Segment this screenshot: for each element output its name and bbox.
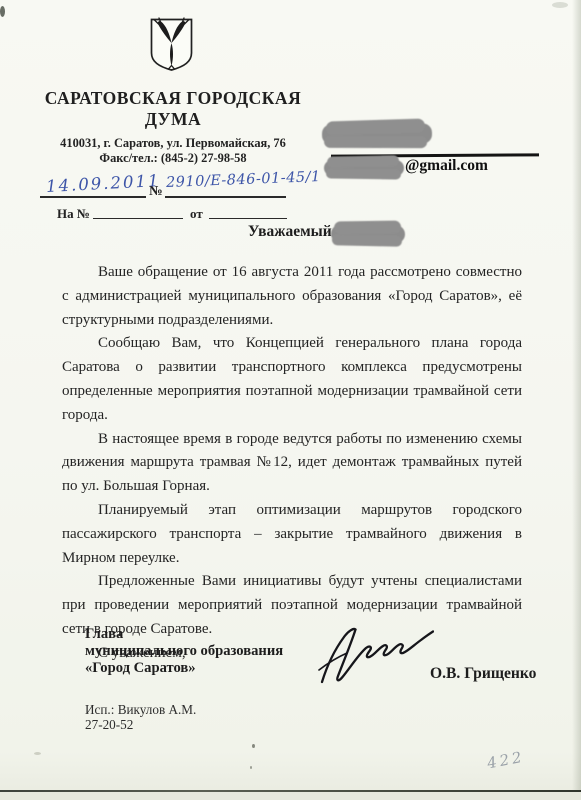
scan-speck [552, 2, 568, 8]
paragraph-4: Планируемый этап оптимизации маршрутов г… [62, 499, 522, 570]
signer-position-line3: «Город Саратов» [85, 660, 283, 677]
handwritten-signature [314, 618, 434, 690]
signer-position: Глава муниципального образования «Город … [85, 626, 283, 678]
scanned-letter-page: САРАТОВСКАЯ ГОРОДСКАЯ ДУМА 410031, г. Са… [0, 0, 581, 800]
scan-speck [0, 6, 5, 17]
reply-from-label: от [190, 206, 203, 222]
org-name: САРАТОВСКАЯ ГОРОДСКАЯ ДУМА [30, 88, 316, 130]
reply-from-underline [209, 218, 287, 219]
paragraph-2: Сообщаю Вам, что Концепцией генерального… [62, 332, 522, 427]
executor-block: Исп.: Викулов А.М. 27-20-52 [85, 702, 196, 732]
handwritten-number: 2910/Е-846-01-45/1 [166, 169, 321, 191]
signer-name: О.В. Грищенко [430, 665, 536, 683]
reply-no-underline [93, 218, 183, 219]
saratov-coat-of-arms-icon [148, 16, 195, 74]
executor-phone: 27-20-52 [85, 717, 196, 732]
signer-position-line1: Глава [85, 626, 283, 643]
redacted-email-local-part-blob [324, 160, 404, 176]
salutation-greeting: Уважаемый [248, 223, 332, 241]
redacted-addressee-name-blob [331, 225, 405, 244]
pencil-page-number: 422 [486, 748, 526, 773]
email-suffix: @gmail.com [405, 157, 488, 175]
scan-bottom-edge-line [0, 790, 581, 793]
org-name-line1: САРАТОВСКАЯ ГОРОДСКАЯ [30, 88, 316, 109]
scan-speck [34, 752, 41, 755]
org-name-line2: ДУМА [30, 109, 316, 130]
number-label: № [149, 183, 163, 199]
number-underline [165, 196, 286, 198]
org-address-line1: 410031, г. Саратов, ул. Первомайская, 76 [30, 136, 316, 151]
scan-bottom-band [0, 792, 581, 800]
reply-no-label: На № [57, 206, 90, 222]
scan-speck [250, 766, 252, 769]
executor-name: Исп.: Викулов А.М. [85, 702, 196, 717]
letter-body: Ваше обращение от 16 августа 2011 года р… [62, 261, 522, 666]
org-address-line2: Факс/тел.: (845-2) 27-98-58 [30, 151, 316, 166]
date-underline [40, 196, 146, 198]
paragraph-3: В настоящее время в городе ведутся работ… [62, 428, 522, 499]
org-address: 410031, г. Саратов, ул. Первомайская, 76… [30, 136, 316, 166]
scan-right-edge-shadow [572, 0, 581, 800]
scan-speck [252, 744, 255, 748]
handwritten-date: 14.09.2011 [46, 171, 161, 196]
paragraph-1: Ваше обращение от 16 августа 2011 года р… [62, 261, 522, 332]
signer-position-line2: муниципального образования [85, 643, 283, 660]
redacted-recipient-name-blob [322, 123, 432, 144]
